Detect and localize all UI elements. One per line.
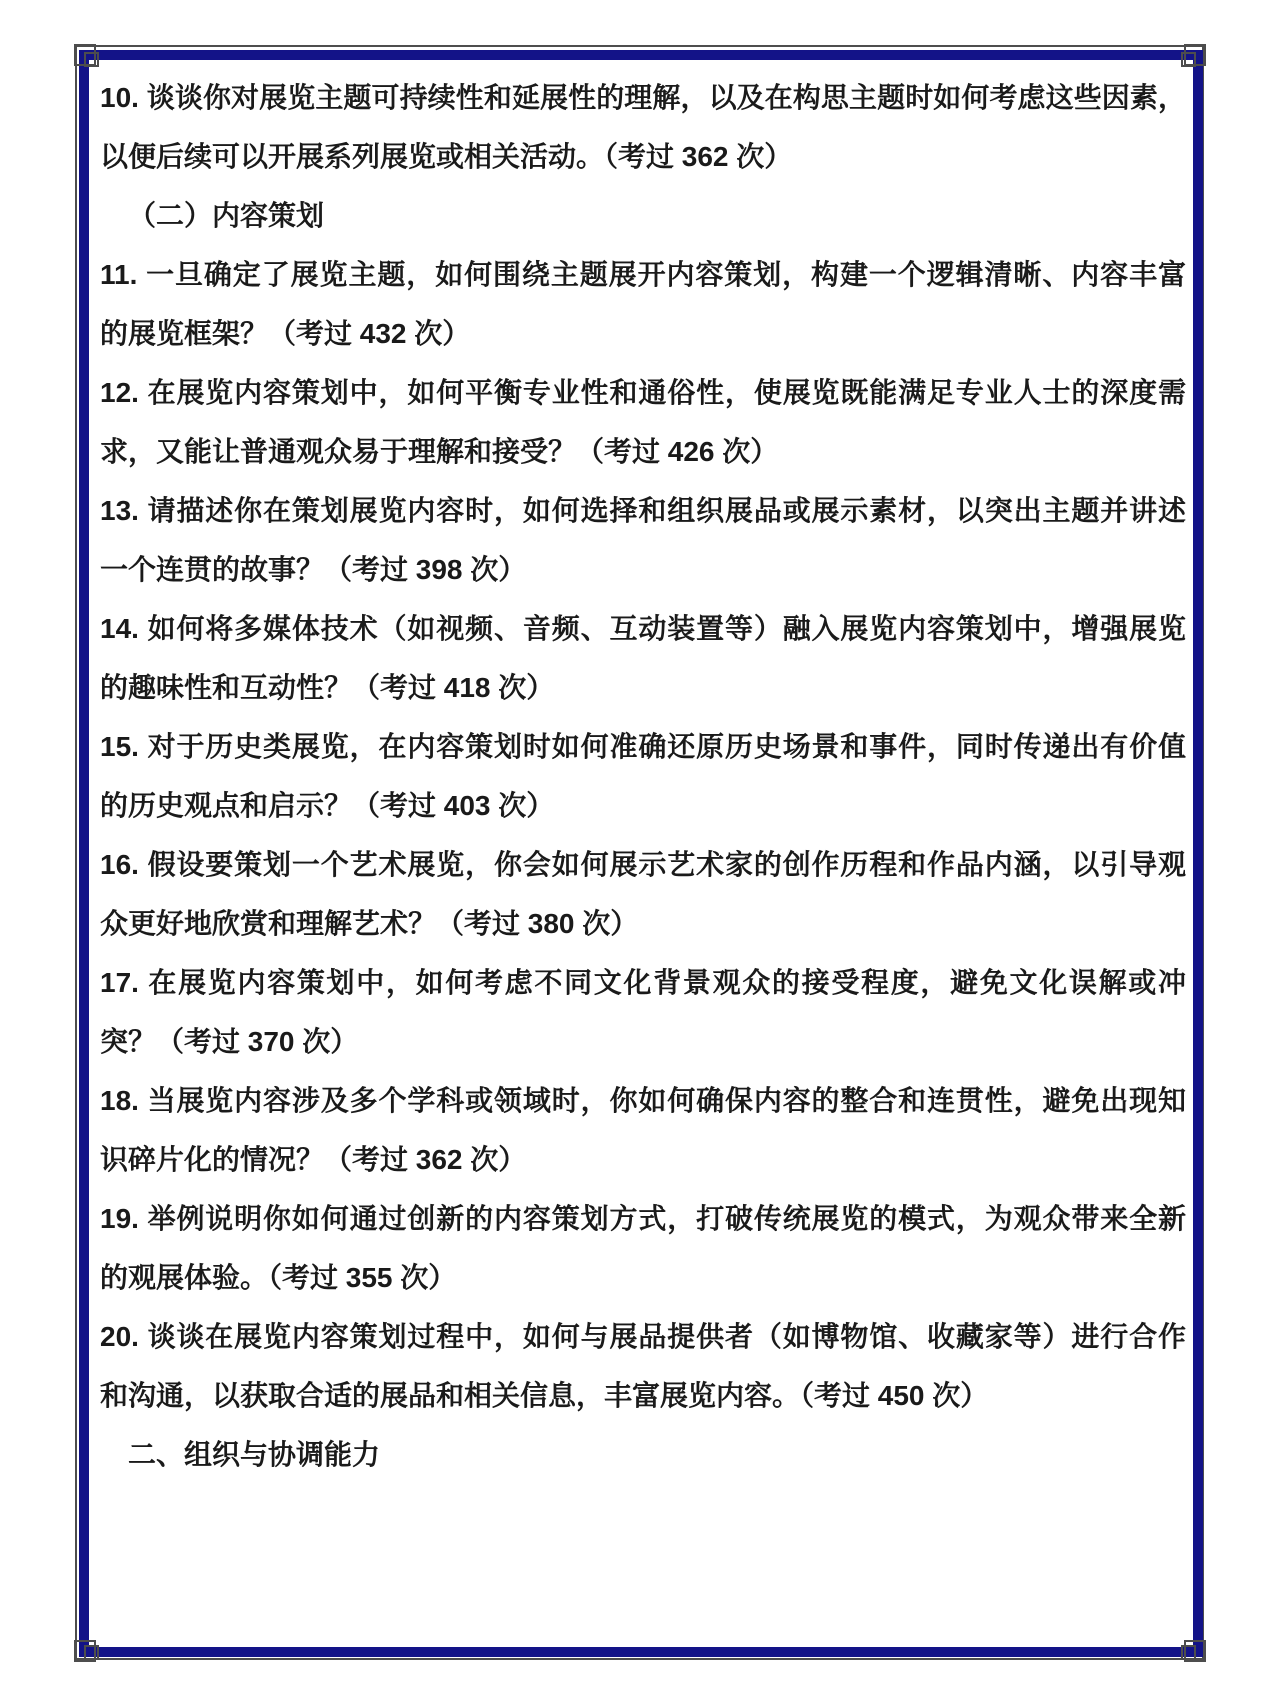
text-line: 18. 当展览内容涉及多个学科或领域时，你如何确保内容的整合和连贯性，避免出现知 xyxy=(100,1071,1186,1130)
corner-ornament-top-right xyxy=(1181,52,1196,67)
text-line: 一个连贯的故事？（考过 398 次） xyxy=(100,540,1186,599)
text-line: 的历史观点和启示？（考过 403 次） xyxy=(100,776,1186,835)
document-page: 10. 谈谈你对展览主题可持续性和延展性的理解，以及在构思主题时如何考虑这些因素… xyxy=(0,0,1280,1707)
text-line: （二）内容策划 xyxy=(100,186,1186,245)
corner-ornament-bottom-right xyxy=(1181,1645,1196,1660)
text-line: 19. 举例说明你如何通过创新的内容策划方式，打破传统展览的模式，为观众带来全新 xyxy=(100,1189,1186,1248)
corner-ornament-bottom-left xyxy=(84,1645,99,1660)
text-line: 众更好地欣赏和理解艺术？（考过 380 次） xyxy=(100,894,1186,953)
text-line: 17. 在展览内容策划中，如何考虑不同文化背景观众的接受程度，避免文化误解或冲 xyxy=(100,953,1186,1012)
document-body: 10. 谈谈你对展览主题可持续性和延展性的理解，以及在构思主题时如何考虑这些因素… xyxy=(100,68,1186,1484)
text-line: 的展览框架？（考过 432 次） xyxy=(100,304,1186,363)
text-line: 求，又能让普通观众易于理解和接受？（考过 426 次） xyxy=(100,422,1186,481)
text-line: 的趣味性和互动性？（考过 418 次） xyxy=(100,658,1186,717)
text-line: 14. 如何将多媒体技术（如视频、音频、互动装置等）融入展览内容策划中，增强展览 xyxy=(100,599,1186,658)
text-line: 二、组织与协调能力 xyxy=(100,1425,1186,1484)
text-line: 识碎片化的情况？（考过 362 次） xyxy=(100,1130,1186,1189)
text-line: 13. 请描述你在策划展览内容时，如何选择和组织展品或展示素材，以突出主题并讲述 xyxy=(100,481,1186,540)
text-line: 11. 一旦确定了展览主题，如何围绕主题展开内容策划，构建一个逻辑清晰、内容丰富 xyxy=(100,245,1186,304)
text-line: 以便后续可以开展系列展览或相关活动。（考过 362 次） xyxy=(100,127,1186,186)
text-line: 16. 假设要策划一个艺术展览，你会如何展示艺术家的创作历程和作品内涵，以引导观 xyxy=(100,835,1186,894)
text-line: 的观展体验。（考过 355 次） xyxy=(100,1248,1186,1307)
text-line: 15. 对于历史类展览，在内容策划时如何准确还原历史场景和事件，同时传递出有价值 xyxy=(100,717,1186,776)
text-line: 和沟通，以获取合适的展品和相关信息，丰富展览内容。（考过 450 次） xyxy=(100,1366,1186,1425)
text-line: 20. 谈谈在展览内容策划过程中，如何与展品提供者（如博物馆、收藏家等）进行合作 xyxy=(100,1307,1186,1366)
text-line: 12. 在展览内容策划中，如何平衡专业性和通俗性，使展览既能满足专业人士的深度需 xyxy=(100,363,1186,422)
corner-ornament-top-left xyxy=(84,52,99,67)
text-line: 突？（考过 370 次） xyxy=(100,1012,1186,1071)
text-line: 10. 谈谈你对展览主题可持续性和延展性的理解，以及在构思主题时如何考虑这些因素… xyxy=(100,68,1186,127)
